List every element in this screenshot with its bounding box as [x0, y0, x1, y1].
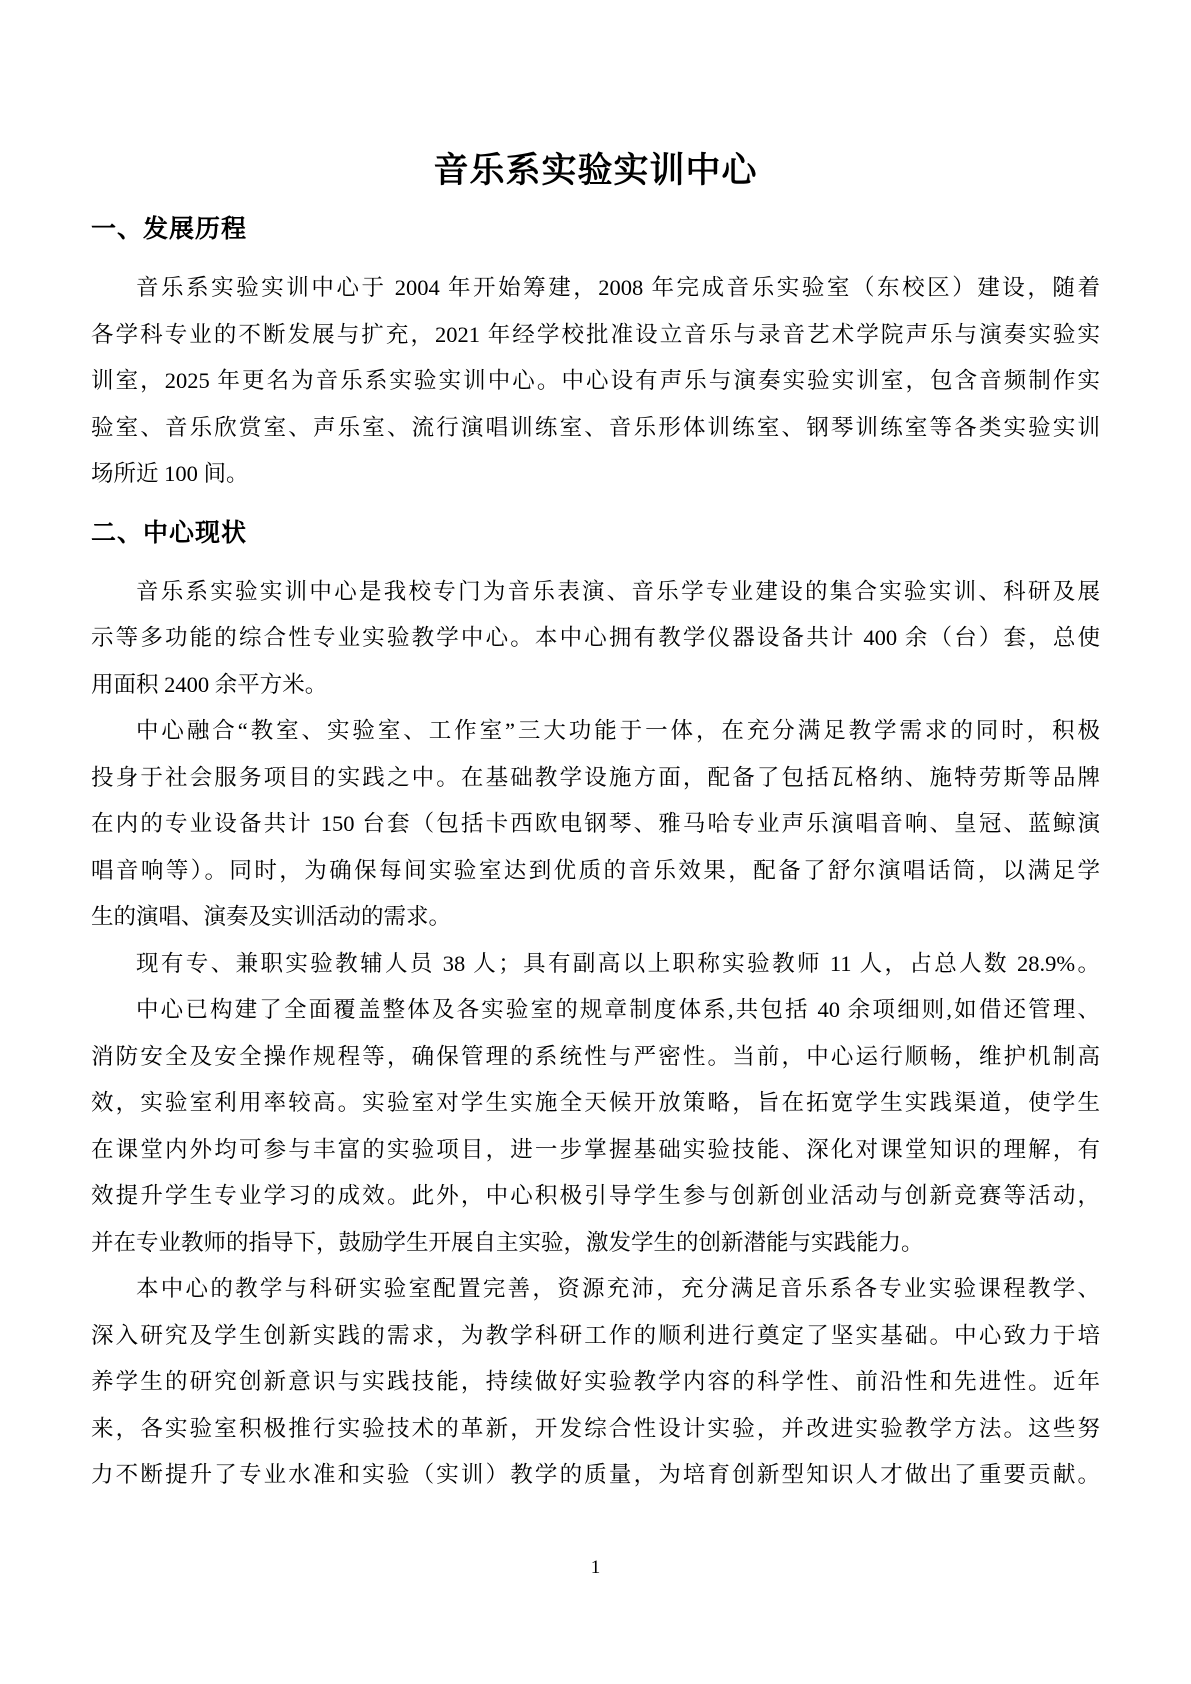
- text-line: 训室，2025 年更名为音乐系实验实训中心。中心设有声乐与演奏实验实训室，包含音…: [91, 358, 1100, 405]
- text-line: 各学科专业的不断发展与扩充，2021 年经学校批准设立音乐与录音艺术学院声乐与演…: [91, 312, 1100, 359]
- paragraph: 现有专、兼职实验教辅人员 38 人；具有副高以上职称实验教师 11 人，占总人数…: [91, 941, 1100, 988]
- text-line: 在内的专业设备共计 150 台套（包括卡西欧电钢琴、雅马哈专业声乐演唱音响、皇冠…: [91, 801, 1100, 848]
- paragraph: 音乐系实验实训中心于 2004 年开始筹建，2008 年完成音乐实验室（东校区）…: [91, 265, 1100, 498]
- document-title: 音乐系实验实训中心: [91, 148, 1100, 194]
- section-body: 音乐系实验实训中心于 2004 年开始筹建，2008 年完成音乐实验室（东校区）…: [91, 265, 1100, 498]
- paragraph: 中心已构建了全面覆盖整体及各实验室的规章制度体系,共包括 40 余项细则,如借还…: [91, 987, 1100, 1266]
- text-line: 力不断提升了专业水准和实验（实训）教学的质量，为培育创新型知识人才做出了重要贡献…: [91, 1452, 1100, 1499]
- text-line: 效，实验室利用率较高。实验室对学生实施全天候开放策略，旨在拓宽学生实践渠道，使学…: [91, 1080, 1100, 1127]
- text-line: 音乐系实验实训中心是我校专门为音乐表演、音乐学专业建设的集合实验实训、科研及展: [91, 569, 1100, 616]
- text-line: 验室、音乐欣赏室、声乐室、流行演唱训练室、音乐形体训练室、钢琴训练室等各类实验实…: [91, 405, 1100, 452]
- section-center-status: 二、中心现状 音乐系实验实训中心是我校专门为音乐表演、音乐学专业建设的集合实验实…: [91, 514, 1100, 1499]
- document-body: 音乐系实验实训中心 一、发展历程 音乐系实验实训中心于 2004 年开始筹建，2…: [0, 0, 1191, 1499]
- section-heading: 二、中心现状: [91, 514, 1100, 552]
- text-line: 场所近 100 间。: [91, 451, 1100, 498]
- section-heading: 一、发展历程: [91, 210, 1100, 248]
- paragraph: 本中心的教学与科研实验室配置完善，资源充沛，充分满足音乐系各专业实验课程教学、深…: [91, 1266, 1100, 1499]
- text-line: 消防安全及安全操作规程等，确保管理的系统性与严密性。当前，中心运行顺畅，维护机制…: [91, 1034, 1100, 1081]
- paragraph: 中心融合“教室、实验室、工作室”三大功能于一体，在充分满足教学需求的同时，积极投…: [91, 708, 1100, 941]
- text-line: 本中心的教学与科研实验室配置完善，资源充沛，充分满足音乐系各专业实验课程教学、: [91, 1266, 1100, 1313]
- text-line: 投身于社会服务项目的实践之中。在基础教学设施方面，配备了包括瓦格纳、施特劳斯等品…: [91, 755, 1100, 802]
- text-line: 中心融合“教室、实验室、工作室”三大功能于一体，在充分满足教学需求的同时，积极: [91, 708, 1100, 755]
- text-line: 音乐系实验实训中心于 2004 年开始筹建，2008 年完成音乐实验室（东校区）…: [91, 265, 1100, 312]
- document-page: 音乐系实验实训中心 一、发展历程 音乐系实验实训中心于 2004 年开始筹建，2…: [0, 0, 1191, 1684]
- text-line: 中心已构建了全面覆盖整体及各实验室的规章制度体系,共包括 40 余项细则,如借还…: [91, 987, 1100, 1034]
- text-line: 在课堂内外均可参与丰富的实验项目，进一步掌握基础实验技能、深化对课堂知识的理解，…: [91, 1127, 1100, 1174]
- text-line: 唱音响等）。同时，为确保每间实验室达到优质的音乐效果，配备了舒尔演唱话筒，以满足…: [91, 848, 1100, 895]
- text-line: 生的演唱、演奏及实训活动的需求。: [91, 894, 1100, 941]
- text-line: 并在专业教师的指导下，鼓励学生开展自主实验，激发学生的创新潜能与实践能力。: [91, 1220, 1100, 1267]
- section-body: 音乐系实验实训中心是我校专门为音乐表演、音乐学专业建设的集合实验实训、科研及展示…: [91, 569, 1100, 1499]
- text-line: 养学生的研究创新意识与实践技能，持续做好实验教学内容的科学性、前沿性和先进性。近…: [91, 1359, 1100, 1406]
- page-number: 1: [0, 1553, 1191, 1583]
- text-line: 示等多功能的综合性专业实验教学中心。本中心拥有教学仪器设备共计 400 余（台）…: [91, 615, 1100, 662]
- text-line: 现有专、兼职实验教辅人员 38 人；具有副高以上职称实验教师 11 人，占总人数…: [91, 941, 1100, 988]
- text-line: 用面积 2400 余平方米。: [91, 662, 1100, 709]
- section-development-history: 一、发展历程 音乐系实验实训中心于 2004 年开始筹建，2008 年完成音乐实…: [91, 210, 1100, 498]
- paragraph: 音乐系实验实训中心是我校专门为音乐表演、音乐学专业建设的集合实验实训、科研及展示…: [91, 569, 1100, 709]
- text-line: 来，各实验室积极推行实验技术的革新，开发综合性设计实验，并改进实验教学方法。这些…: [91, 1406, 1100, 1453]
- text-line: 效提升学生专业学习的成效。此外，中心积极引导学生参与创新创业活动与创新竞赛等活动…: [91, 1173, 1100, 1220]
- text-line: 深入研究及学生创新实践的需求，为教学科研工作的顺利进行奠定了坚实基础。中心致力于…: [91, 1313, 1100, 1360]
